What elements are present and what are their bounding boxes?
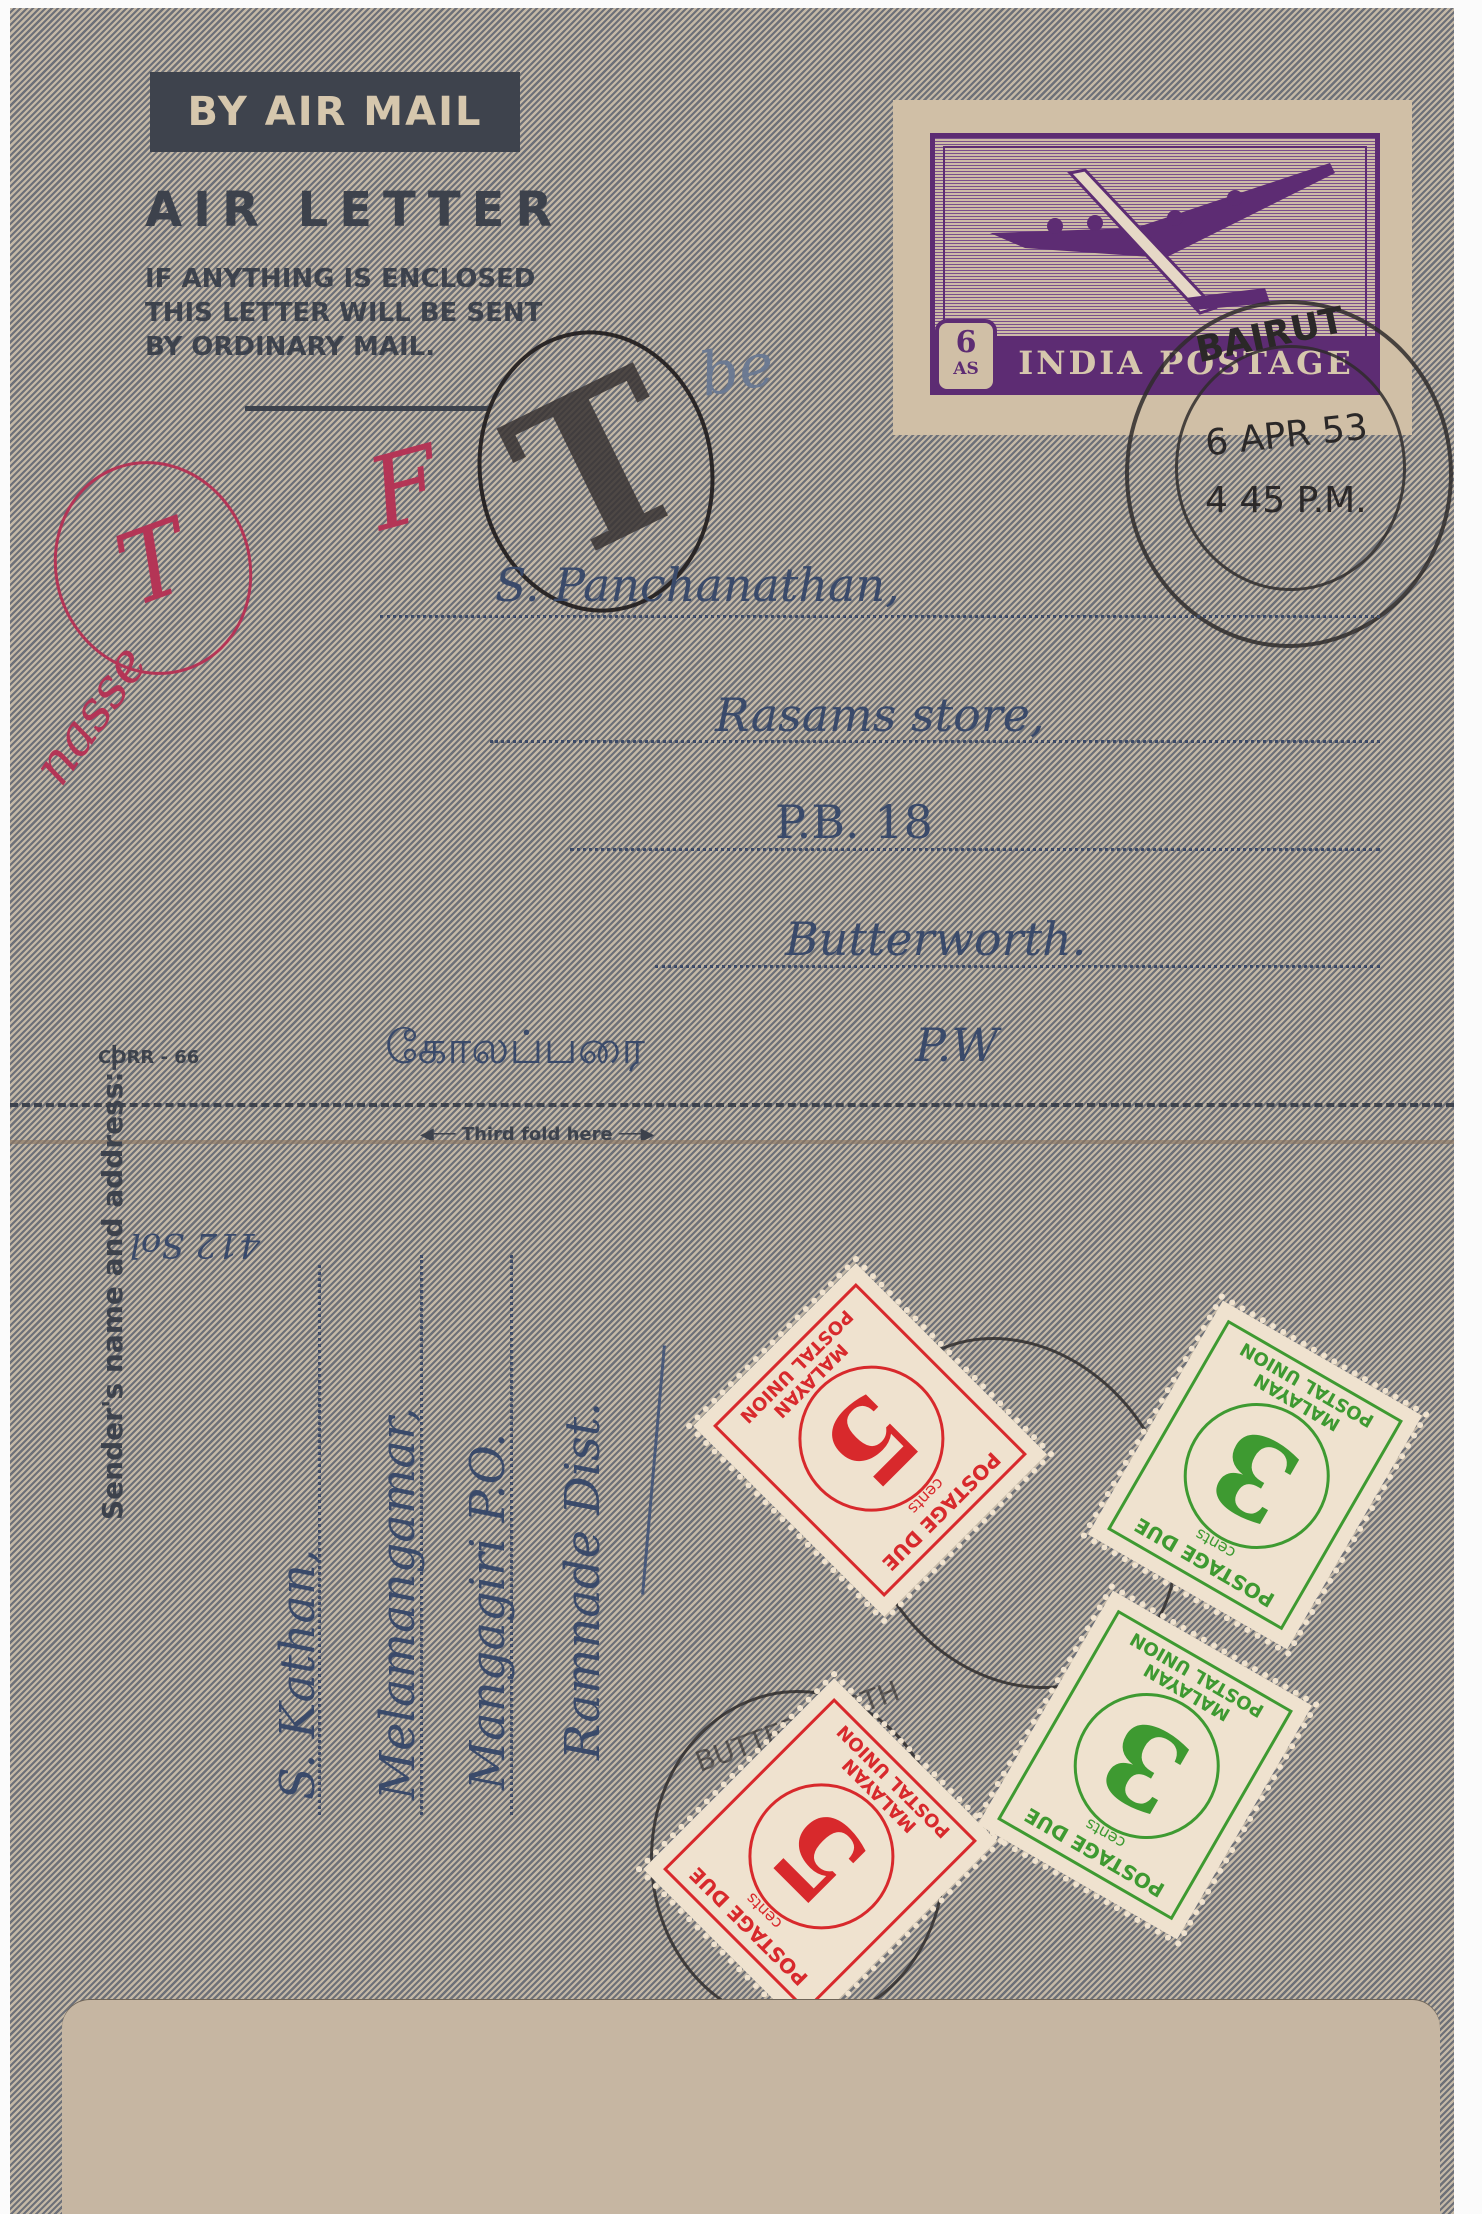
sealing-flap (62, 2000, 1440, 2214)
stamp-denomination: 6 AS (935, 319, 997, 393)
sender-district: Ramnade Dist. (555, 1402, 611, 1760)
sender-village: Melamangamar, (370, 1407, 426, 1800)
by-air-mail-banner: BY AIR MAIL (150, 72, 520, 152)
address-suffix: P.W (915, 1018, 999, 1072)
sender-label: Sender's name and address:— (96, 1020, 129, 1520)
notice-line: BY ORDINARY MAIL. (145, 330, 542, 364)
address-tamil: கோலப்பரை (385, 1020, 645, 1081)
banner-text: BY AIR MAIL (188, 89, 483, 135)
sender-name: S. Kathan, (270, 1549, 326, 1800)
dispatch-postmark-inner (1175, 345, 1406, 591)
fold-dashed-line (10, 1103, 1454, 1107)
enclosure-notice: IF ANYTHING IS ENCLOSED THIS LETTER WILL… (145, 262, 542, 364)
address-line-3 (570, 848, 1380, 851)
addressee-name: S. Panchanathan, (495, 558, 900, 612)
notice-line: THIS LETTER WILL BE SENT (145, 296, 542, 330)
notice-line: IF ANYTHING IS ENCLOSED (145, 262, 542, 296)
fold-crease (10, 1140, 1454, 1144)
stamp-unit: AS (953, 356, 978, 382)
handwritten-be: be (694, 329, 779, 411)
sender-note: 412 Sol (130, 1225, 260, 1265)
address-town: Butterworth. (785, 912, 1086, 966)
address-box: P.B. 18 (775, 795, 933, 849)
stamp-value: 6 (956, 330, 977, 356)
postmark-time: 4 45 P.M. (1205, 480, 1367, 521)
sender-post-office: Mangagiri P.O. (460, 1433, 516, 1790)
address-street: Rasams store, (715, 688, 1045, 742)
air-letter-title: AIR LETTER (145, 182, 563, 238)
divider-rule (245, 406, 490, 411)
address-line-1 (380, 615, 1380, 618)
